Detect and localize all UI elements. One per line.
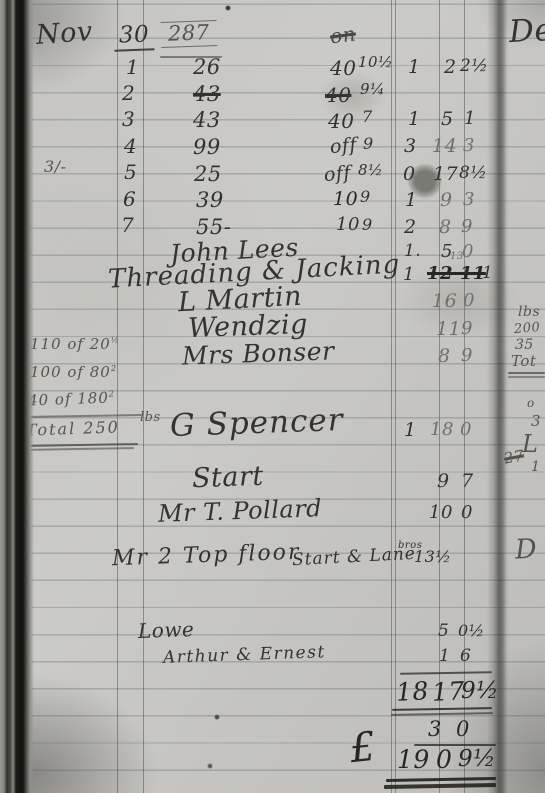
entry-bonser-shillings: 8	[438, 347, 451, 366]
row-7-day: 7	[121, 215, 134, 235]
row-6-pounds: 1	[405, 191, 418, 210]
row-3-pounds: 1	[408, 110, 421, 129]
row-6-qty: 39	[196, 190, 224, 211]
adjustment-pence: 0	[456, 719, 470, 740]
margin-total-line: Total 250	[26, 419, 120, 438]
row-3-pence: 1	[464, 110, 476, 128]
row-5-pounds: 0	[403, 165, 416, 184]
book-binding-edge	[0, 0, 34, 793]
column-line-date-left	[117, 0, 118, 793]
entry-wendzig-pence: 9	[461, 320, 473, 338]
entry-name-mr-t-pollard: Mr T. Pollard	[158, 496, 323, 526]
row-5-qty: 25	[194, 164, 222, 185]
row-7-pounds: 2	[404, 218, 417, 237]
entry-arthur-pence: 6	[460, 648, 471, 665]
margin-calc-line-1-sup: ½	[111, 335, 119, 345]
entry-name-mrs-bonser: Mrs Bonser	[182, 338, 335, 368]
row-3-day: 3	[122, 109, 135, 129]
row-4-day: 4	[124, 136, 137, 156]
crossed-out-word: on	[329, 23, 357, 46]
facing-fragment-1: 1	[531, 460, 540, 474]
entry-john-lees-pence: 0	[462, 243, 474, 261]
entry-pollard-pence: 0	[461, 504, 473, 522]
grand-total-pounds: 19	[397, 747, 430, 772]
facing-fragment-lbs: lbs	[518, 305, 540, 319]
margin-total-rule-above	[24, 414, 142, 418]
subtotal-rule-above	[400, 671, 492, 674]
column-line-date-right	[143, 0, 144, 793]
margin-total-rule-below-1	[24, 443, 138, 446]
entry-bonser-pence: 9	[461, 347, 473, 365]
margin-calc-line-3-text: 40 of 180	[28, 389, 109, 410]
row-1-shillings: 2	[444, 58, 457, 77]
row-1-pounds: 1	[408, 58, 421, 77]
row-7-pence: 9	[461, 218, 473, 236]
row-4-rate-frac: 9	[363, 136, 374, 152]
row-4-pounds: 3	[404, 137, 417, 156]
entry-threading-crossed-amount: 12 11	[427, 265, 486, 283]
pound-sign: £	[348, 727, 378, 769]
facing-tot-rule-1	[508, 372, 545, 374]
page-gutter-shadow	[487, 0, 509, 793]
row-3-qty: 43	[193, 110, 221, 131]
carry-forward-number: 287	[161, 20, 217, 48]
entry-start-pence: 7	[461, 472, 474, 491]
row-5-shillings: 17	[433, 165, 458, 184]
entry-threading-pence: 1	[482, 265, 493, 282]
memo-line-part3: 13½	[414, 549, 451, 565]
entry-spencer-pounds: 1	[404, 421, 417, 440]
facing-fragment-d: D	[514, 535, 538, 563]
row-7-rate: 10	[336, 216, 360, 234]
row-2-rate-frac: 9¼	[360, 82, 385, 97]
row-1-pence: 2½	[460, 58, 488, 75]
margin-calc-line-3: 40 of 1802	[28, 390, 115, 409]
row-5-pence: 8½	[459, 165, 487, 182]
entry-pollard-shillings: 10	[429, 504, 453, 522]
row-6-pence: 3	[463, 191, 475, 209]
subtotal-pounds: 18	[395, 678, 429, 705]
row-5-rate: off	[323, 164, 352, 185]
entry-lowe-pence: 0½	[458, 623, 485, 639]
entry-name-g-spencer: G Spencer	[170, 405, 345, 442]
row-6-rate-frac: 9	[360, 189, 371, 205]
margin-calc-line-2-text: 100 of 80	[30, 363, 111, 381]
margin-total-unit-sup: lbs	[140, 411, 161, 424]
row-7-rate-frac: 9	[362, 217, 373, 233]
entry-martin-shillings: 16	[432, 292, 457, 311]
row-2-rate-crossed: 40	[325, 85, 351, 105]
row-6-day: 6	[123, 189, 136, 209]
margin-calc-line-2: 100 of 802	[30, 364, 116, 380]
entry-start-shillings: 9	[437, 472, 450, 491]
entry-name-lowe: Lowe	[138, 619, 195, 641]
row-3-shillings: 5	[441, 110, 454, 129]
margin-calc-line-2-sup: 2	[111, 363, 116, 373]
row-2-qty-crossed: 43	[193, 84, 221, 105]
margin-calc-line-1: 110 of 20½	[30, 336, 119, 352]
entry-wendzig-shillings: 11	[436, 320, 461, 339]
entry-name-start: Start	[192, 463, 265, 492]
row-2-day: 2	[122, 83, 135, 103]
date-day: 30	[114, 23, 155, 51]
ledger-scan-page: Nov 30 287 on 1 26 40 10½ 1 2 2½ 2 43 40…	[0, 0, 545, 793]
row-7-qty: 55-	[196, 217, 231, 238]
row-6-rate: 10	[333, 190, 358, 209]
row-5-day: 5	[124, 162, 137, 182]
entry-martin-pence: 0	[463, 292, 475, 310]
row-4-pence: 3	[463, 137, 475, 155]
row-7-shillings: 8	[439, 218, 452, 237]
entry-spencer-pence: 0	[460, 421, 472, 439]
margin-calc-line-1-text: 110 of 20	[30, 335, 111, 353]
row-1-rate-frac: 10½	[358, 55, 393, 70]
margin-calc-line-3-sup: 2	[109, 389, 115, 399]
facing-fragment-l: L	[522, 432, 538, 456]
entry-lowe-shillings: 5	[438, 623, 449, 640]
facing-fragment-o: o	[527, 397, 535, 409]
entry-spencer-shillings: 18	[430, 421, 454, 439]
row-4-shillings: 14	[432, 137, 457, 156]
entry-name-arthur-ernest: Arthur & Ernest	[163, 644, 326, 667]
grand-total-rule-2	[384, 783, 496, 788]
subtotal-rule-below-2	[391, 712, 493, 715]
entry-threading-pounds: 1	[403, 266, 415, 284]
facing-fragment-35: 35	[515, 338, 534, 352]
row-4-qty: 99	[193, 137, 221, 158]
row-3-rate: 40	[328, 111, 354, 131]
grand-total-rule-1	[386, 777, 496, 781]
entry-threading-small-note: 13	[450, 252, 464, 262]
row-5-rate-frac: 8½	[358, 163, 383, 178]
facing-tot-rule-2	[508, 376, 545, 378]
date-month: Nov	[35, 18, 93, 49]
grand-total-shillings: 0	[436, 747, 452, 772]
margin-rate-note: 3/-	[44, 159, 66, 175]
row-3-rate-frac: 7	[362, 109, 373, 125]
entry-john-lees-pounds: 1.	[404, 243, 421, 260]
column-line-money-double-2	[395, 0, 396, 793]
row-6-shillings: 9	[440, 191, 453, 210]
row-1-day: 1	[126, 57, 139, 77]
row-4-rate: off	[329, 136, 358, 157]
column-line-money-double-1	[391, 0, 392, 793]
column-line-shillings	[439, 0, 440, 793]
facing-page-heading: De	[508, 15, 545, 48]
row-1-qty: 26	[193, 57, 221, 78]
adjustment-shillings: 3	[428, 719, 442, 740]
subtotal-rule-below-1	[392, 707, 492, 711]
facing-fragment-200: 200	[513, 321, 540, 336]
row-1-rate: 40	[330, 58, 356, 78]
subtotal-pence: 9½	[461, 680, 499, 703]
facing-fragment-3: 3	[531, 414, 541, 429]
memo-line-part1: Mr 2 Top floor	[112, 542, 301, 571]
grand-total-pence: 9½	[458, 748, 496, 771]
facing-fragment-tot: Tot	[511, 354, 536, 369]
entry-arthur-shillings: 1	[439, 648, 450, 665]
